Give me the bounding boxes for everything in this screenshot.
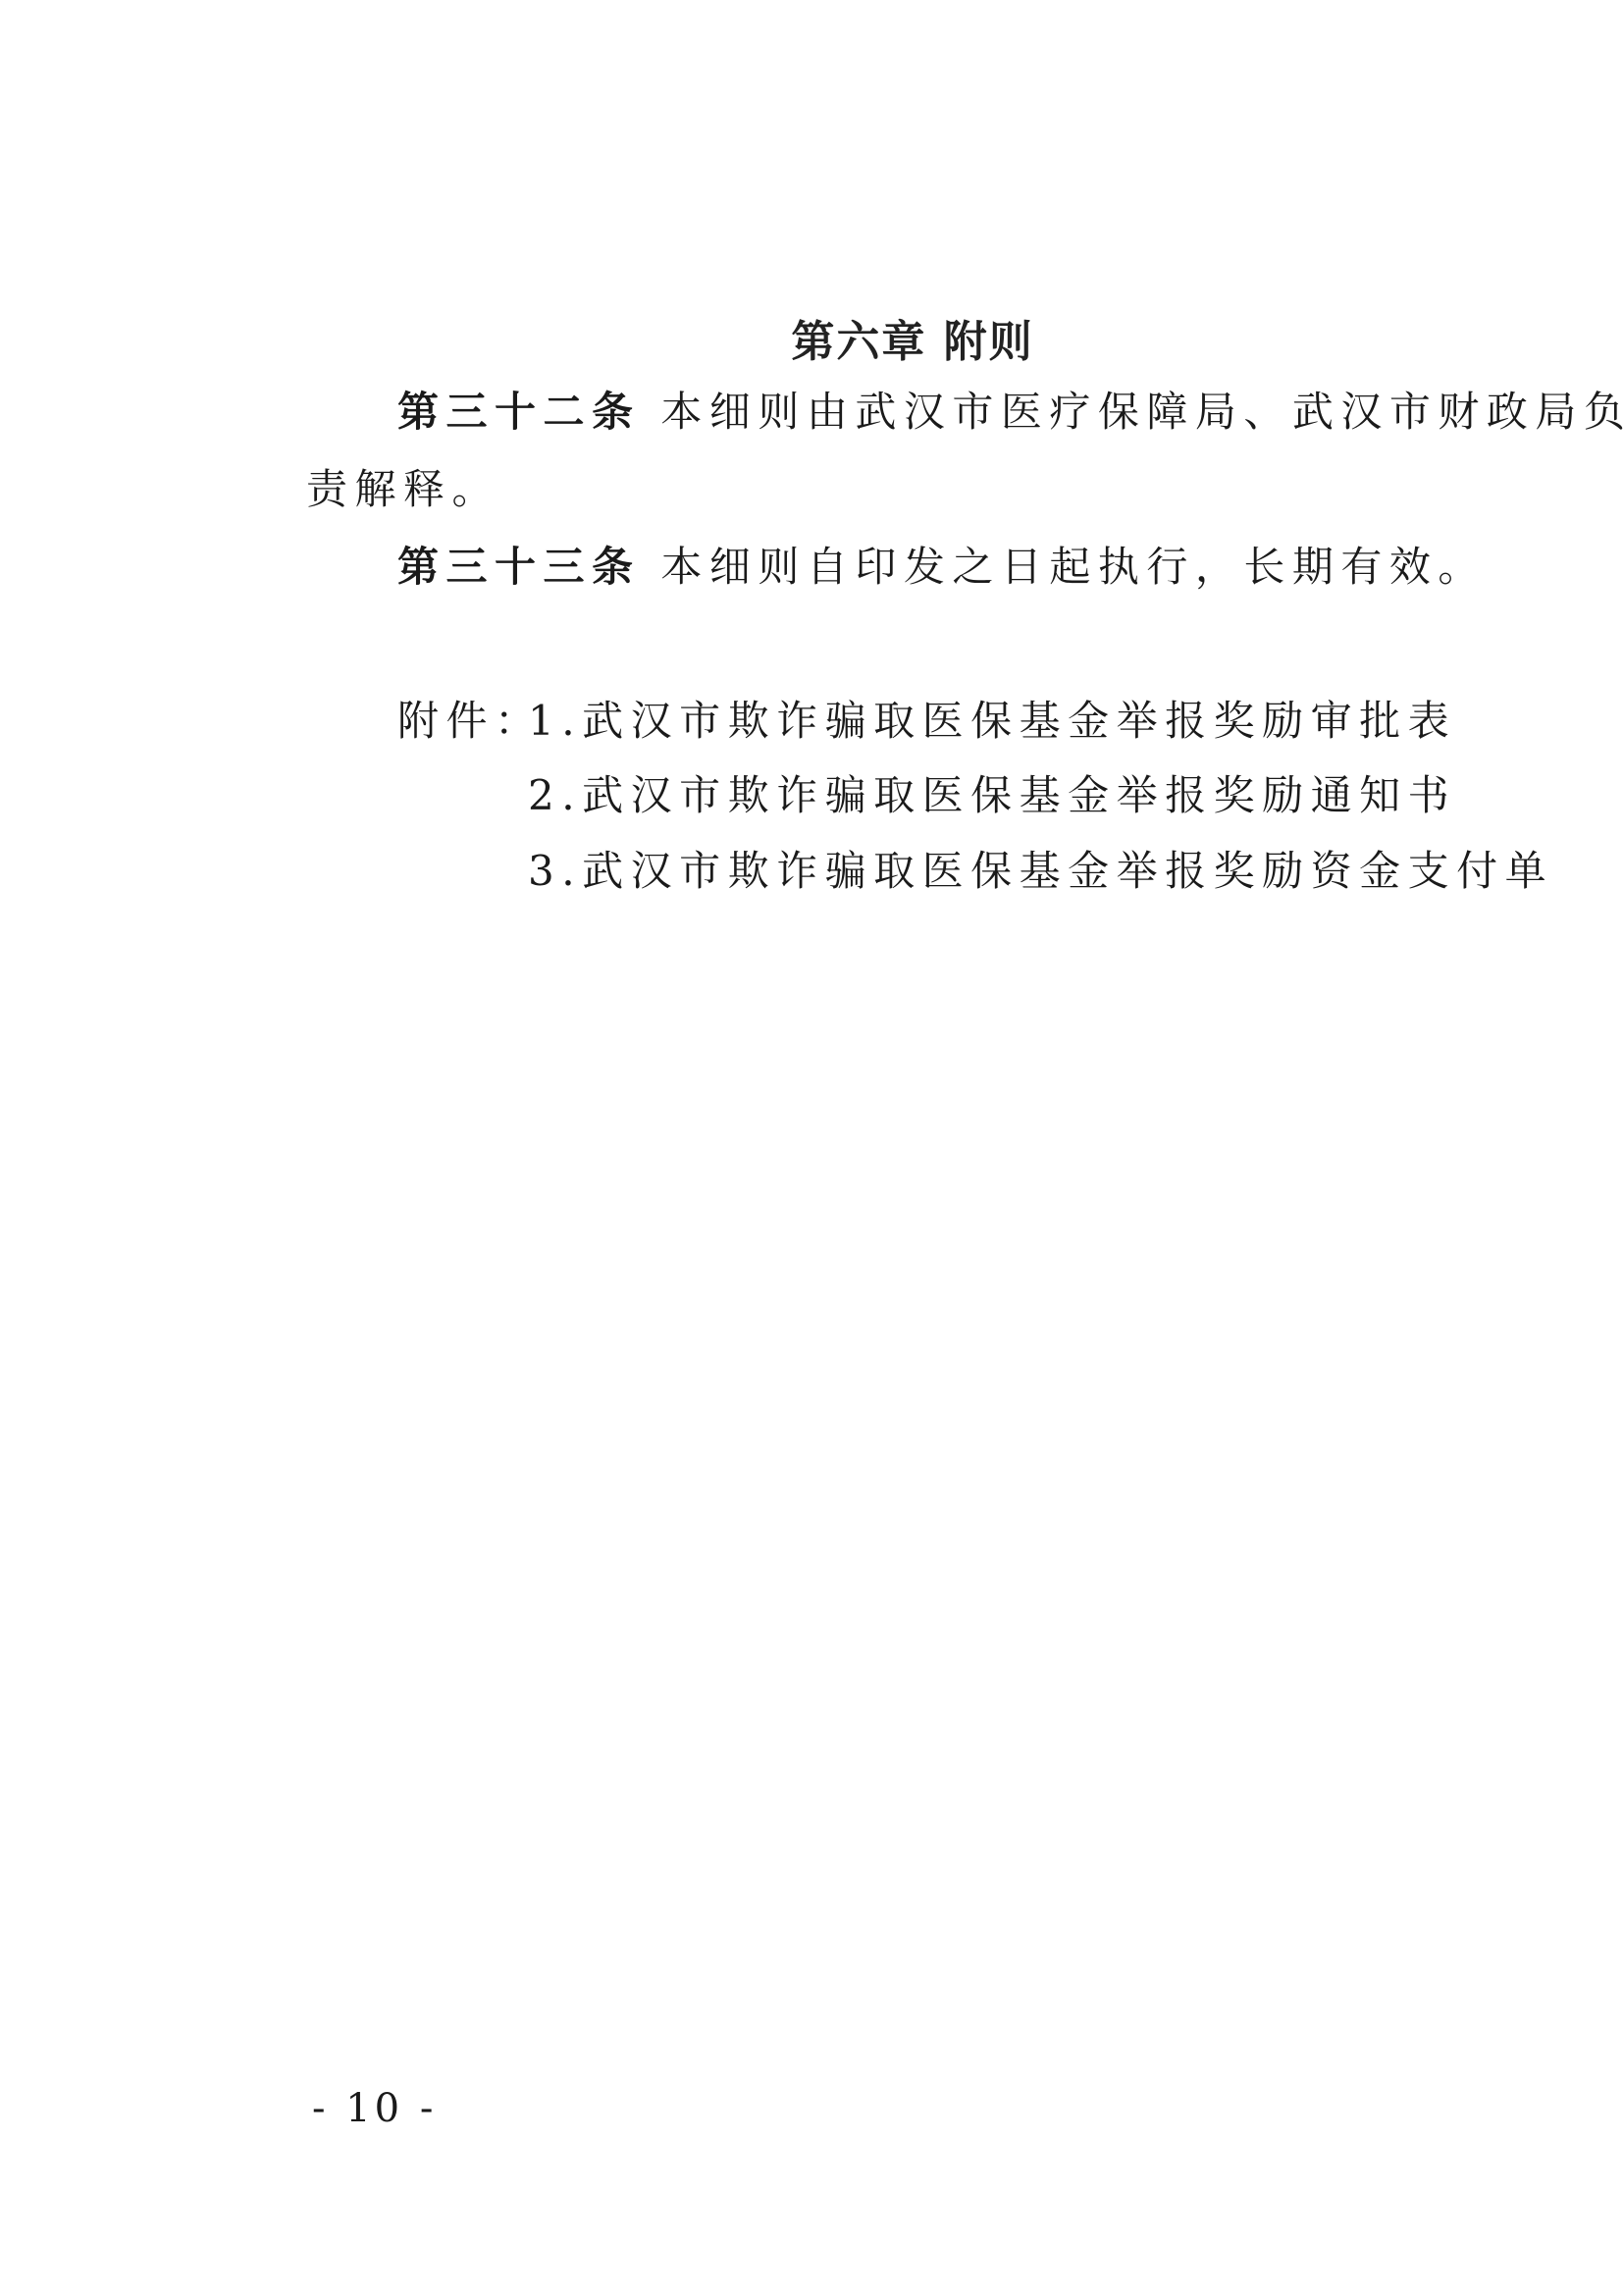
attachment-item-1: 1.武汉市欺诈骗取医保基金举报奖励审批表 (528, 698, 1456, 745)
attachment-item-3: 3.武汉市欺诈骗取医保基金举报奖励资金支付单 (528, 848, 1553, 895)
chapter-heading: 第六章 附则 (0, 306, 1623, 369)
page-number: - 10 - (312, 2086, 437, 2131)
attachments-label: 附件： (397, 698, 544, 745)
attachment-item-2: 2.武汉市欺诈骗取医保基金举报奖励通知书 (528, 772, 1456, 819)
article-32-line1: 第三十二条 本细则由武汉市医疗保障局、武汉市财政局负 (397, 389, 1623, 436)
article-32-line2: 责解释。 (306, 466, 500, 513)
article-33-label: 第三十三条 (397, 543, 641, 591)
article-33-text: 本细则自印发之日起执行，长期有效。 (660, 543, 1487, 591)
article-32-text: 本细则由武汉市医疗保障局、武汉市财政局负 (660, 388, 1623, 436)
article-32-label: 第三十二条 (397, 388, 641, 436)
article-33: 第三十三条 本细则自印发之日起执行，长期有效。 (397, 544, 1487, 591)
